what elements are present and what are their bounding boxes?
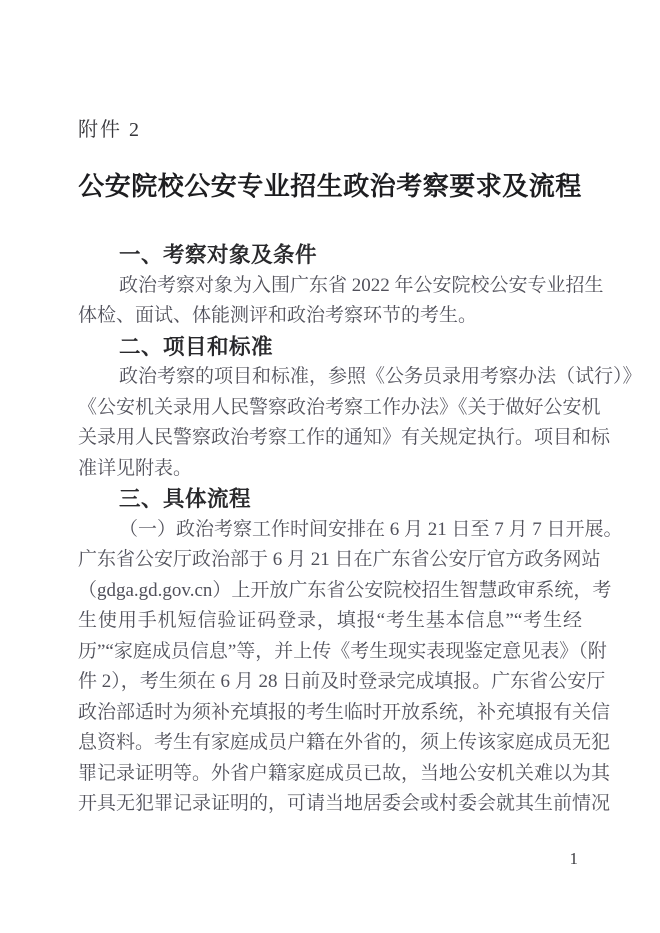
- text-line: 生使用手机短信验证码登录，填报“考生基本信息”“考生经: [78, 606, 582, 637]
- text-line: （gdga.gd.gov.cn）上开放广东省公安院校招生智慧政审系统，考: [78, 576, 582, 607]
- text-line: 件 2），考生须在 6 月 28 日前及时登录完成填报。广东省公安厅: [78, 667, 582, 698]
- document-body: 一、考察对象及条件 政治考察对象为入围广东省 2022 年公安院校公安专业招生 …: [78, 240, 582, 820]
- text-line: 政治考察的项目和标准，参照《公务员录用考察办法（试行）》: [78, 362, 582, 393]
- attachment-label: 附件 2: [78, 113, 141, 142]
- text-line: （一）政治考察工作时间安排在 6 月 21 日至 7 月 7 日开展。: [78, 515, 582, 546]
- text-line: 广东省公安厅政治部于 6 月 21 日在广东省公安厅官方政务网站: [78, 545, 582, 576]
- text-line: 《公安机关录用人民警察政治考察工作办法》《关于做好公安机: [78, 393, 582, 424]
- text-line: 历”“家庭成员信息”等，并上传《考生现实表现鉴定意见表》（附: [78, 637, 582, 668]
- text-line: 政治部适时为须补充填报的考生临时开放系统，补充填报有关信: [78, 698, 582, 729]
- page-title: 公安院校公安专业招生政治考察要求及流程: [0, 166, 660, 203]
- text-line: 罪记录证明等。外省户籍家庭成员已故，当地公安机关难以为其: [78, 759, 582, 790]
- page-number: 1: [570, 849, 579, 869]
- text-line: 准详见附表。: [78, 454, 582, 485]
- section-heading-2: 二、项目和标准: [78, 332, 582, 363]
- text-line: 体检、面试、体能测评和政治考察环节的考生。: [78, 301, 582, 332]
- section-heading-1: 一、考察对象及条件: [78, 240, 582, 271]
- document-page: 附件 2 公安院校公安专业招生政治考察要求及流程 一、考察对象及条件 政治考察对…: [0, 0, 660, 933]
- text-line: 息资料。考生有家庭成员户籍在外省的，须上传该家庭成员无犯: [78, 728, 582, 759]
- text-line: 政治考察对象为入围广东省 2022 年公安院校公安专业招生: [78, 271, 582, 302]
- text-line: 关录用人民警察政治考察工作的通知》有关规定执行。项目和标: [78, 423, 582, 454]
- section-heading-3: 三、具体流程: [78, 484, 582, 515]
- text-line: 开具无犯罪记录证明的，可请当地居委会或村委会就其生前情况: [78, 789, 582, 820]
